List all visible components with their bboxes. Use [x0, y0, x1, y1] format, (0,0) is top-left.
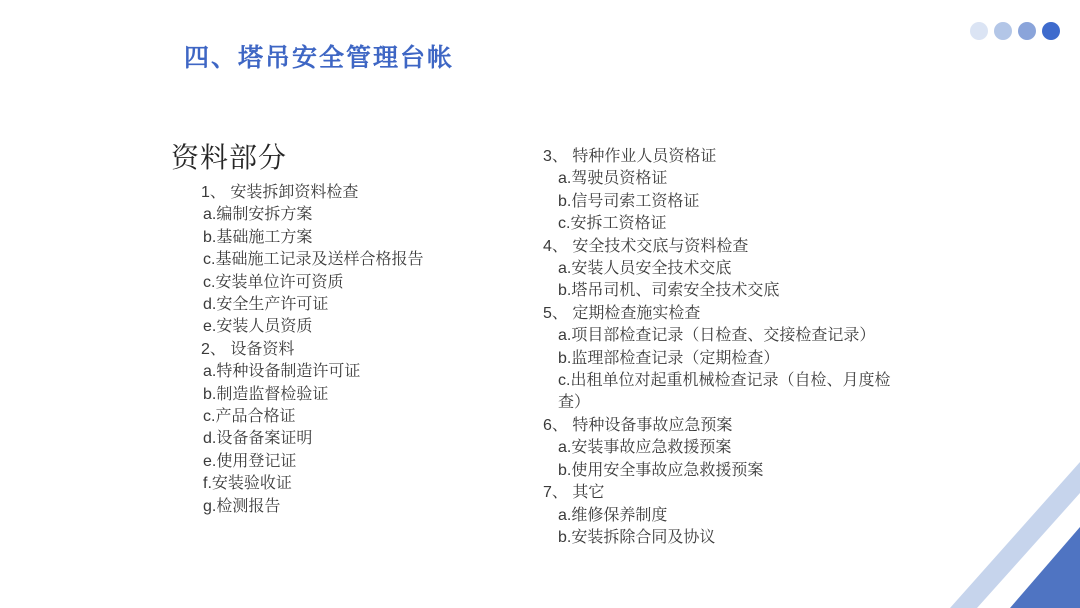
list-item: b.使用安全事故应急救援预案	[543, 460, 898, 482]
corner-stripes-decoration	[940, 440, 1080, 608]
list-item: b.信号司索工资格证	[543, 191, 898, 213]
list-item: a.特种设备制造许可证	[197, 361, 527, 383]
decor-dot	[970, 22, 988, 40]
list-item: c.出租单位对起重机械检查记录（自检、月度检查）	[543, 370, 898, 415]
list-item: f.安装验收证	[197, 473, 527, 495]
decor-dots	[970, 22, 1060, 40]
list-item: 5、 定期检查施实检查	[543, 303, 898, 325]
list-item: 4、 安全技术交底与资料检查	[543, 236, 898, 258]
list-item: a.维修保养制度	[543, 505, 898, 527]
section-heading: 资料部分	[171, 136, 287, 176]
list-item: c.基础施工记录及送样合格报告	[197, 249, 527, 271]
list-item: a.安装事故应急救援预案	[543, 437, 898, 459]
list-item: a.安装人员安全技术交底	[543, 258, 898, 280]
list-item: 1、 安装拆卸资料检查	[197, 182, 527, 204]
list-item: d.安全生产许可证	[197, 294, 527, 316]
list-item: a.编制安拆方案	[197, 204, 527, 226]
materials-list-right-column: 3、 特种作业人员资格证a.驾驶员资格证b.信号司索工资格证c.安拆工资格证4、…	[543, 146, 898, 549]
list-item: 3、 特种作业人员资格证	[543, 146, 898, 168]
list-item: 6、 特种设备事故应急预案	[543, 415, 898, 437]
slide-title: 四、塔吊安全管理台帐	[184, 38, 454, 74]
decor-dot	[994, 22, 1012, 40]
decor-dot	[1042, 22, 1060, 40]
list-item: b.基础施工方案	[197, 227, 527, 249]
list-item: b.安装拆除合同及协议	[543, 527, 898, 549]
list-item: g.检测报告	[197, 496, 527, 518]
list-item: e.使用登记证	[197, 451, 527, 473]
list-item: c.安装单位许可资质	[197, 272, 527, 294]
materials-list-left-column: 1、 安装拆卸资料检查a.编制安拆方案b.基础施工方案c.基础施工记录及送样合格…	[197, 182, 527, 518]
list-item: b.监理部检查记录（定期检查）	[543, 348, 898, 370]
list-item: 2、 设备资料	[197, 339, 527, 361]
list-item: c.产品合格证	[197, 406, 527, 428]
list-item: a.驾驶员资格证	[543, 168, 898, 190]
list-item: b.塔吊司机、司索安全技术交底	[543, 280, 898, 302]
list-item: c.安拆工资格证	[543, 213, 898, 235]
list-item: 7、 其它	[543, 482, 898, 504]
decor-dot	[1018, 22, 1036, 40]
list-item: b.制造监督检验证	[197, 384, 527, 406]
list-item: a.项目部检查记录（日检查、交接检查记录）	[543, 325, 898, 347]
slide-canvas: 四、塔吊安全管理台帐 资料部分 1、 安装拆卸资料检查a.编制安拆方案b.基础施…	[0, 0, 1080, 608]
list-item: e.安装人员资质	[197, 316, 527, 338]
list-item: d.设备备案证明	[197, 428, 527, 450]
